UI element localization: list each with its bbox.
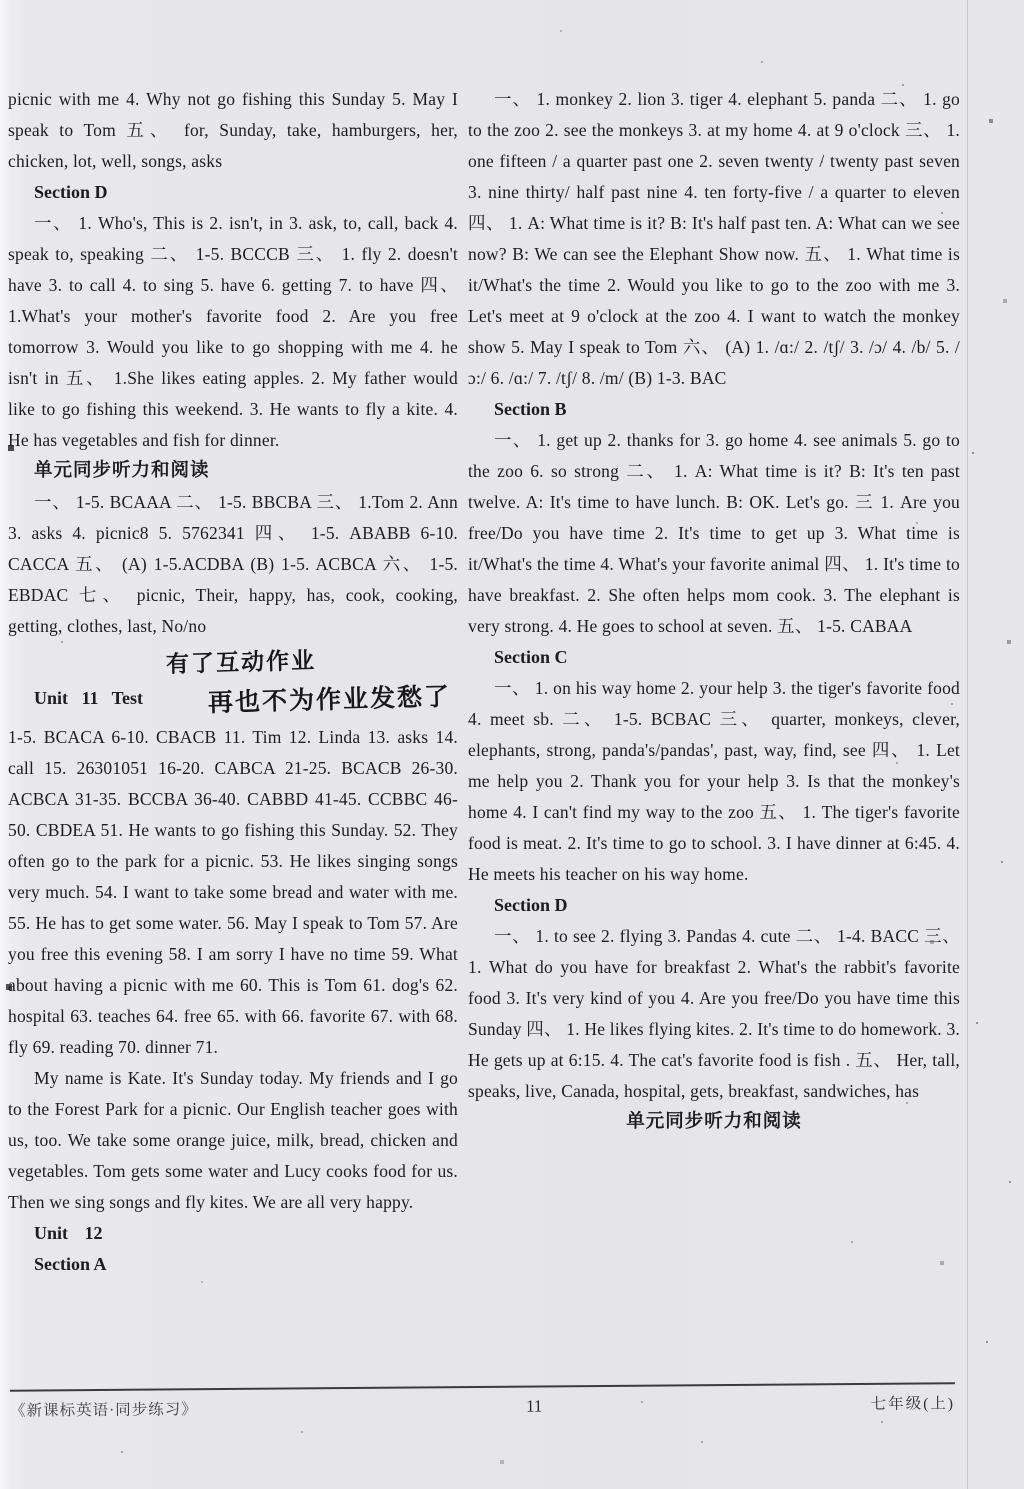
grade-label: 七年级(上) — [871, 1391, 955, 1414]
section-b-heading: Section B — [468, 394, 960, 425]
handwritten-note-line2: 再也不为作业发愁了 — [208, 677, 452, 719]
unit-listening-reading-heading-right: 单元同步听力和阅读 — [468, 1107, 960, 1138]
unit-11-test-answers: 1-5. BCACA 6-10. CBACB 11. Tim 12. Linda… — [8, 722, 458, 1063]
page-number: 11 — [198, 1394, 871, 1419]
unit-listening-reading-heading-left: 单元同步听力和阅读 — [8, 456, 458, 487]
unit-11-test-heading: Unit 11 Test — [8, 683, 143, 714]
section-d-answers-left: 一、 1. Who's, This is 2. isn't, in 3. ask… — [8, 208, 458, 456]
page-footer: 《新课标英语·同步练习》 11 七年级(上) — [10, 1382, 955, 1420]
listening-answers-left: 一、 1-5. BCAAA 二、 1-5. BBCBA 三、 1.Tom 2. … — [8, 487, 458, 642]
left-column: picnic with me 4. Why not go fishing thi… — [8, 84, 458, 1280]
section-d-heading-left: Section D — [8, 177, 458, 208]
section-a-heading: Section A — [8, 1249, 458, 1280]
scan-fold-line — [967, 0, 968, 1489]
section-a-answers-right: 一、 1. monkey 2. lion 3. tiger 4. elephan… — [468, 84, 960, 394]
scan-noise — [0, 0, 2, 2]
section-d-heading-right: Section D — [468, 890, 960, 921]
section-c-heading: Section C — [468, 642, 960, 673]
section-c-answers: 一、 1. on his way home 2. your help 3. th… — [468, 673, 960, 890]
section-b-answers: 一、 1. get up 2. thanks for 3. go home 4.… — [468, 425, 960, 642]
section-d-answers-right: 一、 1. to see 2. flying 3. Pandas 4. cute… — [468, 921, 960, 1107]
right-column: 一、 1. monkey 2. lion 3. tiger 4. elephan… — [468, 84, 960, 1138]
book-title: 《新课标英语·同步练习》 — [10, 1397, 198, 1420]
footer-row: 《新课标英语·同步练习》 11 七年级(上) — [10, 1384, 955, 1420]
unit-11-test-block: Unit 11 Test 有了互动作业 再也不为作业发愁了 — [8, 642, 458, 722]
unit-12-heading: Unit 12 — [8, 1218, 458, 1249]
continued-answers-paragraph: picnic with me 4. Why not go fishing thi… — [8, 84, 458, 177]
handwritten-note-line1: 有了互动作业 — [166, 642, 317, 679]
kate-essay-paragraph: My name is Kate. It's Sunday today. My f… — [8, 1063, 458, 1218]
scanned-answer-page: { "left": { "cont": "picnic with me 4. W… — [0, 0, 1024, 1489]
